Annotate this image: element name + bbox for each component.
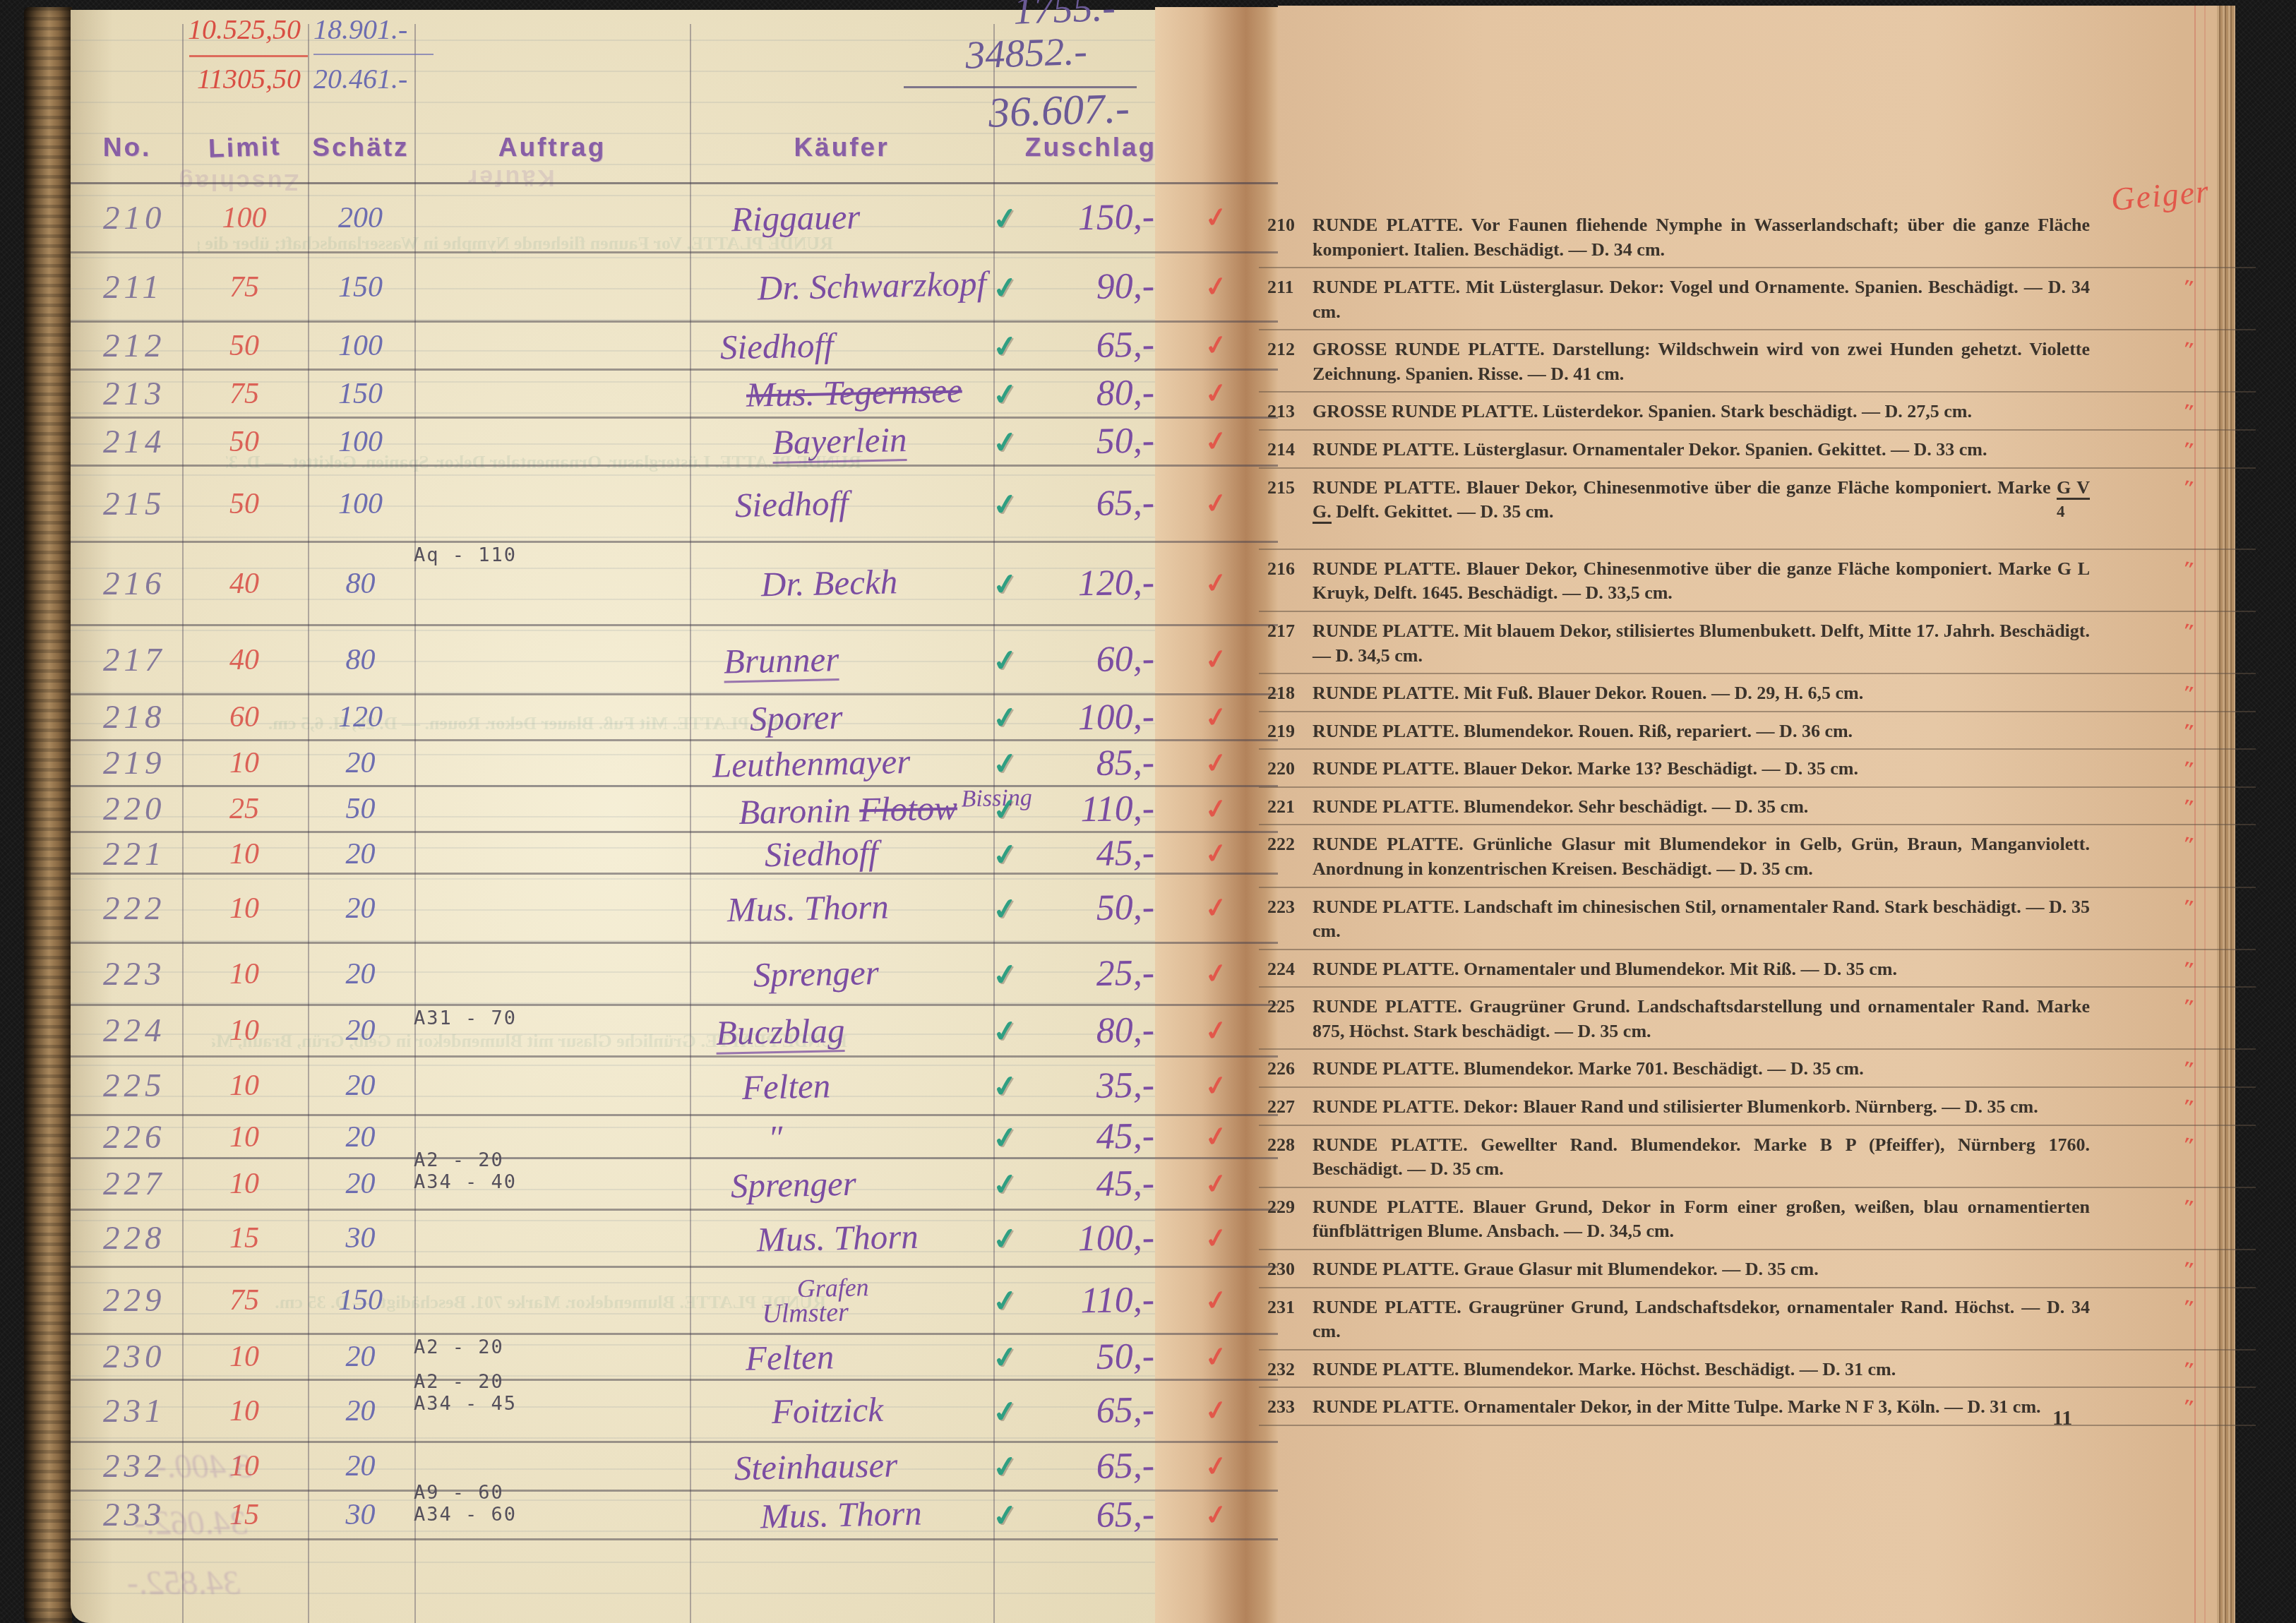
lot-number-cell: 229	[71, 1281, 181, 1319]
header-no: No.	[103, 133, 152, 169]
catalog-entry: 231RUNDE PLATTE. Graugrüner Grund, Lands…	[1267, 1288, 2153, 1350]
hammer-price-cell: 50,-	[1031, 419, 1154, 463]
red-checkmark-icon: ✓	[1153, 1387, 1280, 1435]
lot-description: RUNDE PLATTE. Mit Fuß. Blauer Dekor. Rou…	[1313, 683, 1863, 703]
limit-cell: 10	[181, 837, 307, 871]
catalog-entry: 225RUNDE PLATTE. Graugrüner Grund. Lands…	[1267, 988, 2153, 1050]
buyer-name: Siedhoff	[734, 484, 849, 525]
limit-cell: 25	[181, 792, 307, 826]
lot-description: RUNDE PLATTE. Blumendekor. Sehr beschädi…	[1313, 796, 1808, 817]
lot-number: 222	[1267, 832, 1295, 857]
lot-number: 225	[1267, 995, 1295, 1019]
red-checkmark-icon: ✓	[1153, 1333, 1280, 1382]
auftrag-cell	[414, 695, 689, 697]
hammer-price-cell: 45,-	[1031, 832, 1154, 875]
estimate-cell: 30	[307, 1221, 414, 1255]
bleedthrough-print: RUNDE PLATTE. Lüsterglasur. Ornamentaler…	[226, 452, 861, 473]
catalog-entry: 213GROSSE RUNDE PLATTE. Lüsterdekor. Spa…	[1267, 393, 2153, 431]
estimate-cell: 80	[307, 567, 414, 601]
bleedthrough-print: RUNDE PLATTE. Blumendekor. Marke 701. Be…	[191, 1292, 826, 1313]
catalog-entry: 212GROSSE RUNDE PLATTE. Darstellung: Wil…	[1267, 330, 2153, 393]
totals-rule-blue	[313, 54, 434, 55]
buyer-name: Sprenger	[753, 953, 879, 995]
auftrag-cell: A2 - 20A34 - 40	[414, 1148, 689, 1193]
lot-number: 216	[1267, 557, 1295, 582]
green-checkmark-icon: ✓	[991, 1218, 1034, 1257]
buyer-name: Baronin	[738, 791, 859, 832]
lot-description: RUNDE PLATTE. Mit Lüsterglasur. Dekor: V…	[1313, 277, 2090, 322]
buyer-cell: Riggauer	[689, 198, 993, 238]
ledger-row: 21375150Mus. Tegernsee✓80,-✓	[71, 371, 1278, 419]
buyer-name: Mus. Thorn	[760, 1493, 922, 1535]
lot-number-cell: 223	[71, 955, 181, 993]
lot-description: RUNDE PLATTE. Lüsterglasur. Ornamentaler…	[1313, 439, 1987, 460]
red-checkmark-icon: ✓	[1153, 884, 1280, 933]
limit-cell: 50	[181, 487, 307, 521]
buyer-name-struck: Flotow	[859, 789, 958, 830]
red-checkmark-icon: ✓	[1153, 739, 1280, 788]
limit-cell: 10	[181, 957, 307, 991]
lot-description: RUNDE PLATTE. Blumendekor. Rouen. Riß, r…	[1313, 721, 1853, 741]
buyer-cell: Mus. Thorn	[689, 1218, 993, 1258]
green-checkmark-icon: ✓	[991, 834, 1034, 873]
green-checkmark-icon: ✓	[991, 268, 1034, 306]
red-checkmark-icon: ✓	[1153, 1113, 1280, 1161]
lot-description: RUNDE PLATTE. Blauer Dekor. Marke 13? Be…	[1313, 758, 1858, 779]
estimate-cell: 200	[307, 201, 414, 235]
hammer-price-cell: 65,-	[1031, 323, 1154, 367]
green-checkmark-icon: ✓	[991, 564, 1034, 603]
auftrag-note: A9 - 60	[414, 1482, 689, 1504]
estimate-cell: 100	[307, 329, 414, 363]
limit-cell: 75	[181, 377, 307, 411]
limit-cell: 40	[181, 643, 307, 677]
auftrag-note: A2 - 20	[414, 1336, 689, 1358]
hammer-price-cell: 120,-	[1031, 561, 1154, 605]
lot-number: 217	[1267, 619, 1295, 644]
green-checkmark-icon: ✓	[991, 1495, 1034, 1534]
catalog-entry: 233RUNDE PLATTE. Ornamentaler Dekor, in …	[1267, 1388, 2153, 1426]
ledger-row: 2271020A2 - 20A34 - 40Sprenger✓45,-✓	[71, 1159, 1278, 1211]
limit-cell: 10	[181, 1340, 307, 1374]
lot-description: RUNDE PLATTE. Graugrüner Grund, Landscha…	[1313, 1297, 2090, 1342]
catalog-entry: 226RUNDE PLATTE. Blumendekor. Marke 701.…	[1267, 1050, 2153, 1088]
lot-number-cell: 222	[71, 890, 181, 928]
ledger-row: 2221020Mus. Thorn✓50,-✓	[71, 875, 1278, 944]
red-checkmark-icon: ✓	[1153, 635, 1280, 684]
green-checkmark-icon: ✓	[991, 1011, 1034, 1050]
estimate-cell: 20	[307, 1394, 414, 1428]
estimate-cell: 20	[307, 957, 414, 991]
buyer-name: ″	[767, 1118, 783, 1157]
catalog-list: Geiger 210RUNDE PLATTE. Vor Faunen flieh…	[1267, 206, 2153, 1426]
estimate-cell: 150	[307, 377, 414, 411]
limit-cell: 50	[181, 329, 307, 363]
buyer-cell: Mus. Tegernsee	[689, 374, 993, 414]
book-spine	[24, 7, 72, 1623]
lot-number-cell: 224	[71, 1012, 181, 1050]
footnote-number: 4	[2057, 501, 2065, 523]
limit-cell: 40	[181, 567, 307, 601]
bleedthrough-numeral: 34.852.-	[127, 1564, 240, 1603]
auftrag-cell	[414, 419, 689, 420]
lot-number-cell: 225	[71, 1067, 181, 1105]
auftrag-note: A2 - 20	[414, 1371, 689, 1393]
green-checkmark-icon: ✓	[991, 697, 1034, 736]
hammer-price-cell: 50,-	[1031, 1335, 1154, 1379]
auftrag-note: A34 - 40	[414, 1171, 689, 1193]
red-checkmark-icon: ✓	[1153, 1062, 1280, 1110]
buyer-cell: Siedhoff	[689, 484, 993, 524]
lot-number-cell: 212	[71, 327, 181, 365]
lot-number-cell: 213	[71, 375, 181, 413]
buyer-name: Dr. Schwarzkopf	[757, 264, 986, 308]
buyer-cell: Felten	[689, 1337, 993, 1377]
buyer-name: Felten	[741, 1066, 830, 1107]
lot-number: 230	[1267, 1257, 1295, 1282]
hammer-price-cell: 25,-	[1031, 952, 1154, 995]
auftrag-cell	[414, 323, 689, 324]
buyer-cell: Siedhoff	[689, 326, 993, 366]
buyer-cell: Steinhauser	[689, 1447, 993, 1486]
red-checkmark-icon: ✓	[1153, 785, 1280, 834]
lot-number: 226	[1267, 1057, 1295, 1082]
limit-cell: 10	[181, 1167, 307, 1201]
green-checkmark-icon: ✓	[991, 198, 1034, 237]
estimate-cell: 20	[307, 892, 414, 926]
hammer-price-cell: 50,-	[1031, 886, 1154, 930]
lot-number-cell: 226	[71, 1118, 181, 1156]
catalog-entry: 215RUNDE PLATTE. Blauer Dekor, Chinesenm…	[1267, 469, 2153, 550]
red-checkmark-icon: ✓	[1153, 369, 1280, 418]
catalog-entry: 210RUNDE PLATTE. Vor Faunen fliehende Ny…	[1267, 206, 2153, 268]
green-checkmark-icon: ✓	[991, 1066, 1034, 1105]
hammer-price-cell: 100,-	[1031, 1216, 1154, 1260]
green-checkmark-icon: ✓	[991, 1281, 1034, 1319]
header-limit: Limit	[208, 131, 282, 171]
buyer-cell: Foitzick	[689, 1391, 993, 1431]
ledger-row: 2191020Leuthenmayer✓85,-✓	[71, 741, 1278, 787]
lot-description: RUNDE PLATTE. Dekor: Blauer Rand und sti…	[1313, 1096, 2038, 1117]
hammer-price-cell: 80,-	[1031, 1009, 1154, 1053]
lot-number-cell: 211	[71, 268, 181, 306]
catalog-entry: 211RUNDE PLATTE. Mit Lüsterglasur. Dekor…	[1267, 268, 2153, 330]
lot-number-cell: 220	[71, 790, 181, 828]
buyer-name: Leuthenmayer	[712, 742, 910, 785]
estimate-cell: 20	[307, 837, 414, 871]
buyer-name: Foitzick	[771, 1390, 883, 1431]
buyer-cell: Sprenger	[689, 1164, 993, 1204]
limit-total: 11305,50	[177, 62, 301, 95]
lot-number-cell: 218	[71, 698, 181, 736]
red-checkmark-icon: ✓	[1153, 263, 1280, 311]
buyer-name: Mus. Thorn	[727, 887, 889, 930]
buyer-cell: Baronin FlotowBissing	[689, 788, 993, 831]
green-checkmark-icon: ✓	[991, 374, 1034, 413]
green-checkmark-icon: ✓	[991, 954, 1034, 993]
green-checkmark-icon: ✓	[991, 1337, 1034, 1376]
lot-number: 210	[1267, 213, 1295, 238]
auftrag-cell	[414, 875, 689, 876]
margin-rule-red-2	[2204, 6, 2206, 1623]
catalog-entry: 223RUNDE PLATTE. Landschaft im chinesisc…	[1267, 888, 2153, 950]
limit-cell: 10	[181, 1069, 307, 1103]
zuschlag-addition: 34852.-	[790, 29, 1088, 85]
auftrag-cell: A31 - 70	[414, 1006, 689, 1029]
estimate-cell: 20	[307, 1167, 414, 1201]
limit-cell: 75	[181, 270, 307, 304]
hammer-price-cell: 65,-	[1031, 1444, 1154, 1488]
hammer-price-cell: 150,-	[1031, 196, 1154, 239]
buyer-cell: Siedhoff	[689, 834, 993, 874]
green-checkmark-icon: ✓	[991, 889, 1034, 928]
schatz-subtotal: 18.901.-	[313, 13, 434, 46]
catalog-entry: 229RUNDE PLATTE. Blauer Grund, Dekor in …	[1267, 1188, 2153, 1250]
page-number: 11	[2052, 1406, 2072, 1430]
red-checkmark-icon: ✓	[1153, 1491, 1280, 1540]
green-checkmark-icon: ✓	[991, 422, 1034, 461]
lot-number: 229	[1267, 1195, 1295, 1220]
red-checkmark-icon: ✓	[1153, 1160, 1280, 1209]
catalog-entry: 220RUNDE PLATTE. Blauer Dekor. Marke 13?…	[1267, 750, 2153, 788]
lot-description: RUNDE PLATTE. Blumendekor. Marke. Höchst…	[1313, 1359, 1896, 1379]
buyer-name: Siedhoff	[764, 833, 878, 874]
hammer-price-cell: 60,-	[1031, 637, 1154, 681]
auftrag-cell: A2 - 20	[414, 1335, 689, 1358]
auftrag-cell: A2 - 20A34 - 45	[414, 1370, 689, 1415]
lot-description: RUNDE PLATTE. Gewellter Rand. Blumendeko…	[1313, 1134, 2090, 1180]
buyer-cell: Sprenger	[689, 954, 993, 994]
estimate-cell: 150	[307, 270, 414, 304]
bleedthrough-numeral: 3.400.-	[155, 1447, 251, 1486]
auftrag-note: A2 - 20	[414, 1149, 689, 1171]
lot-description: RUNDE PLATTE. Graugrüner Grund. Landscha…	[1313, 996, 2090, 1041]
hammer-price-cell: 65,-	[1031, 1389, 1154, 1432]
catalog-entry: 221RUNDE PLATTE. Blumendekor. Sehr besch…	[1267, 788, 2153, 826]
ledger-row: 2164080Aq - 110Dr. Beckh✓120,-✓	[71, 543, 1278, 626]
bleedthrough-numeral: 34.062.-	[134, 1504, 247, 1543]
margin-rule-red	[2194, 6, 2196, 1623]
lot-number: 221	[1267, 795, 1295, 820]
auftrag-cell: A9 - 60A34 - 60	[414, 1480, 689, 1526]
lot-number-cell: 214	[71, 423, 181, 461]
estimate-cell: 20	[307, 746, 414, 780]
lot-number-cell: 230	[71, 1338, 181, 1376]
estimate-cell: 30	[307, 1498, 414, 1532]
estimate-cell: 20	[307, 1120, 414, 1154]
auftrag-cell	[414, 944, 689, 945]
auftrag-cell	[414, 741, 689, 743]
red-checkmark-icon: ✓	[1153, 1007, 1280, 1055]
catalog-entry: 224RUNDE PLATTE. Ornamentaler und Blumen…	[1267, 950, 2153, 988]
hammer-price-cell: 85,-	[1031, 741, 1154, 785]
ledger-row: 21550100Siedhoff✓65,-✓	[71, 467, 1278, 543]
catalog-entry: 232RUNDE PLATTE. Blumendekor. Marke. Höc…	[1267, 1350, 2153, 1389]
catalog-entry: 216RUNDE PLATTE. Blauer Dekor, Chinesenm…	[1267, 550, 2153, 612]
lot-number-cell: 227	[71, 1165, 181, 1203]
estimate-cell: 20	[307, 1069, 414, 1103]
hammer-price-cell: 100,-	[1031, 695, 1154, 739]
bleedthrough-print: RUNDE PLATTE. Grünliche Glasur mit Blume…	[212, 1031, 847, 1052]
lot-number: 215	[1267, 476, 1295, 501]
lot-description: RUNDE PLATTE. Grünliche Glasur mit Blume…	[1313, 834, 2090, 879]
bleedthrough-print: RUNDE PLATTE. Mit Fuß. Blauer Dekor. Rou…	[184, 713, 819, 734]
hammer-price-cell: 80,-	[1031, 371, 1154, 415]
auftrag-cell	[414, 833, 689, 834]
green-checkmark-icon: ✓	[991, 789, 1034, 828]
lot-number: 231	[1267, 1295, 1295, 1320]
ledger-row: 21175150Dr. Schwarzkopf✓90,-✓	[71, 253, 1278, 323]
buyer-name: Steinhauser	[734, 1445, 897, 1487]
lot-description: GROSSE RUNDE PLATTE. Lüsterdekor. Spanie…	[1313, 401, 1972, 421]
estimate-cell: 20	[307, 1449, 414, 1483]
lot-number: 213	[1267, 400, 1295, 424]
auftrag-note: A34 - 45	[414, 1393, 689, 1415]
lot-number: 220	[1267, 757, 1295, 781]
buyer-name: Siedhoff	[719, 325, 834, 366]
hammer-price-cell: 110,-	[1031, 1278, 1154, 1322]
lot-number-cell: 217	[71, 641, 181, 679]
red-checkmark-icon: ✓	[1153, 950, 1280, 998]
lot-number-cell: 210	[71, 199, 181, 237]
lot-number: 228	[1267, 1133, 1295, 1158]
lot-description-text: Delft. Gekittet. — D. 35 cm.	[1332, 501, 1554, 522]
lot-description: RUNDE PLATTE. Blauer Dekor, Chinesenmoti…	[1313, 477, 2090, 525]
buyer-cell: Mus. Thorn	[689, 1495, 993, 1535]
buyer-cell: Dr. Beckh	[689, 564, 993, 604]
buyer-name: Mus. Thorn	[756, 1216, 919, 1259]
auftrag-cell	[414, 1268, 689, 1269]
hammer-price-cell: 35,-	[1031, 1064, 1154, 1108]
auftrag-cell	[414, 1116, 689, 1118]
auftrag-cell	[414, 1058, 689, 1059]
buyer-name: Dr. Beckh	[760, 563, 897, 604]
auftrag-cell	[414, 1443, 689, 1444]
red-checkmark-icon: ✓	[1153, 193, 1280, 242]
lot-description: RUNDE PLATTE. Ornamentaler Dekor, in der…	[1313, 1396, 2041, 1417]
auftrag-note: Aq - 110	[414, 544, 689, 566]
red-checkmark-icon: ✓	[1153, 1214, 1280, 1263]
limit-cell: 10	[181, 1394, 307, 1428]
red-checkmark-icon: ✓	[1153, 1442, 1280, 1491]
green-checkmark-icon: ✓	[991, 1391, 1034, 1430]
bleedthrough-print: RUNDE PLATTE. Vor Faunen fliehende Nymph…	[198, 233, 833, 254]
buyer-cell: Brunner	[689, 640, 993, 680]
lot-number-cell: 215	[71, 485, 181, 523]
ledger-row: 2231020Sprenger✓25,-✓	[71, 944, 1278, 1006]
green-checkmark-icon: ✓	[991, 1118, 1034, 1156]
lot-description-text: RUNDE PLATTE. Blauer Dekor, Chinesenmoti…	[1313, 477, 2057, 498]
totals-rule-red	[189, 55, 308, 57]
hammer-price-cell: 65,-	[1031, 1493, 1154, 1537]
catalog-entry: 230RUNDE PLATTE. Graue Glasur mit Blumen…	[1267, 1250, 2153, 1288]
page-edge-stack	[2217, 6, 2235, 1623]
green-checkmark-icon: ✓	[991, 640, 1034, 679]
catalog-entry: 228RUNDE PLATTE. Gewellter Rand. Blumend…	[1267, 1126, 2153, 1188]
estimate-cell: 80	[307, 643, 414, 677]
hammer-price-cell: 110,-	[1031, 787, 1154, 831]
estimate-cell: 100	[307, 487, 414, 521]
limit-cell: 100	[181, 201, 307, 235]
lot-number: 211	[1267, 275, 1294, 300]
lot-description: RUNDE PLATTE. Blumendekor. Marke 701. Be…	[1313, 1058, 1864, 1079]
buyer-cell: Felten	[689, 1066, 993, 1106]
red-checkmark-icon: ✓	[1153, 417, 1280, 466]
lot-number-cell: 219	[71, 744, 181, 782]
buyer-cell: Dr. Schwarzkopf	[689, 268, 993, 307]
catalog-entry: 227RUNDE PLATTE. Dekor: Blauer Rand und …	[1267, 1088, 2153, 1126]
lot-number-cell: 221	[71, 835, 181, 873]
zuschlag-grand-total: 36.607.-	[832, 84, 1130, 143]
ledger-row: 21250100Siedhoff✓65,-✓	[71, 323, 1278, 371]
lot-description: RUNDE PLATTE. Vor Faunen fliehende Nymph…	[1313, 215, 2090, 260]
schatz-total: 20.461.-	[313, 62, 434, 95]
hammer-price-cell: 90,-	[1031, 265, 1154, 309]
lot-number: 224	[1267, 957, 1295, 982]
hammer-price-cell: 45,-	[1031, 1115, 1154, 1158]
auftrag-note: A31 - 70	[414, 1007, 689, 1029]
red-checkmark-icon: ✓	[1153, 830, 1280, 878]
lot-description: RUNDE PLATTE. Graue Glasur mit Blumendek…	[1313, 1259, 1819, 1279]
buyer-name: Mus. Tegernsee	[746, 371, 962, 414]
estimate-cell: 50	[307, 792, 414, 826]
auftrag-cell	[414, 184, 689, 186]
buyer-name: Felten	[745, 1337, 834, 1378]
buyer-cell: Leuthenmayer	[689, 743, 993, 783]
green-checkmark-icon: ✓	[991, 1447, 1034, 1485]
catalog-entry: 219RUNDE PLATTE. Blumendekor. Rouen. Riß…	[1267, 712, 2153, 750]
lot-number: 218	[1267, 681, 1295, 706]
limit-subtotal: 10.525,50	[177, 13, 301, 46]
lot-number: 232	[1267, 1358, 1295, 1382]
ledger-table: No. Limit Schätz Auftrag Käufer Zuschlag…	[71, 0, 1278, 1623]
auftrag-cell	[414, 1211, 689, 1212]
lot-number: 227	[1267, 1095, 1295, 1120]
lot-description: RUNDE PLATTE. Blauer Grund, Dekor in For…	[1313, 1197, 2090, 1242]
ledger-row: 2251020Felten✓35,-✓	[71, 1058, 1278, 1116]
auftrag-cell	[414, 787, 689, 789]
ledger-row: 2311020A2 - 20A34 - 45Foitzick✓65,-✓	[71, 1381, 1278, 1443]
red-checkmark-icon: ✓	[1153, 479, 1280, 528]
lot-number: 214	[1267, 438, 1295, 462]
lot-number: 223	[1267, 895, 1295, 920]
red-checkmark-icon: ✓	[1153, 1276, 1280, 1325]
buyer-name: Sprenger	[730, 1163, 856, 1205]
ledger-row: 2331530A9 - 60A34 - 60Mus. Thorn✓65,-✓	[71, 1492, 1278, 1540]
ledger-row: 2211020Siedhoff✓45,-✓	[71, 833, 1278, 875]
green-checkmark-icon: ✓	[991, 743, 1034, 782]
estimate-cell: 20	[307, 1340, 414, 1374]
lot-description: RUNDE PLATTE. Ornamentaler und Blumendek…	[1313, 959, 1897, 979]
catalog-entry: 218RUNDE PLATTE. Mit Fuß. Blauer Dekor. …	[1267, 674, 2153, 712]
lot-number-cell: 231	[71, 1392, 181, 1430]
lot-description: GROSSE RUNDE PLATTE. Darstellung: Wildsc…	[1313, 339, 2090, 384]
buyer-cell: ″	[689, 1118, 993, 1157]
green-checkmark-icon: ✓	[991, 326, 1034, 365]
limit-cell: 10	[181, 1120, 307, 1154]
lot-number: 219	[1267, 719, 1295, 744]
lot-number: 212	[1267, 337, 1295, 362]
lot-description: RUNDE PLATTE. Blauer Dekor, Chinesenmoti…	[1313, 558, 2090, 604]
lot-description: RUNDE PLATTE. Mit blauem Dekor, stilisie…	[1313, 621, 2090, 666]
catalog-entry: 214RUNDE PLATTE. Lüsterglasur. Ornamenta…	[1267, 431, 2153, 469]
header-zuschlag: Zuschlag	[1025, 133, 1156, 169]
catalog-entry: 222RUNDE PLATTE. Grünliche Glasur mit Bl…	[1267, 825, 2153, 887]
auftrag-note: A34 - 60	[414, 1504, 689, 1526]
lot-number-cell: 216	[71, 565, 181, 603]
header-schatz: Schätz	[312, 133, 409, 169]
limit-cell: 10	[181, 892, 307, 926]
